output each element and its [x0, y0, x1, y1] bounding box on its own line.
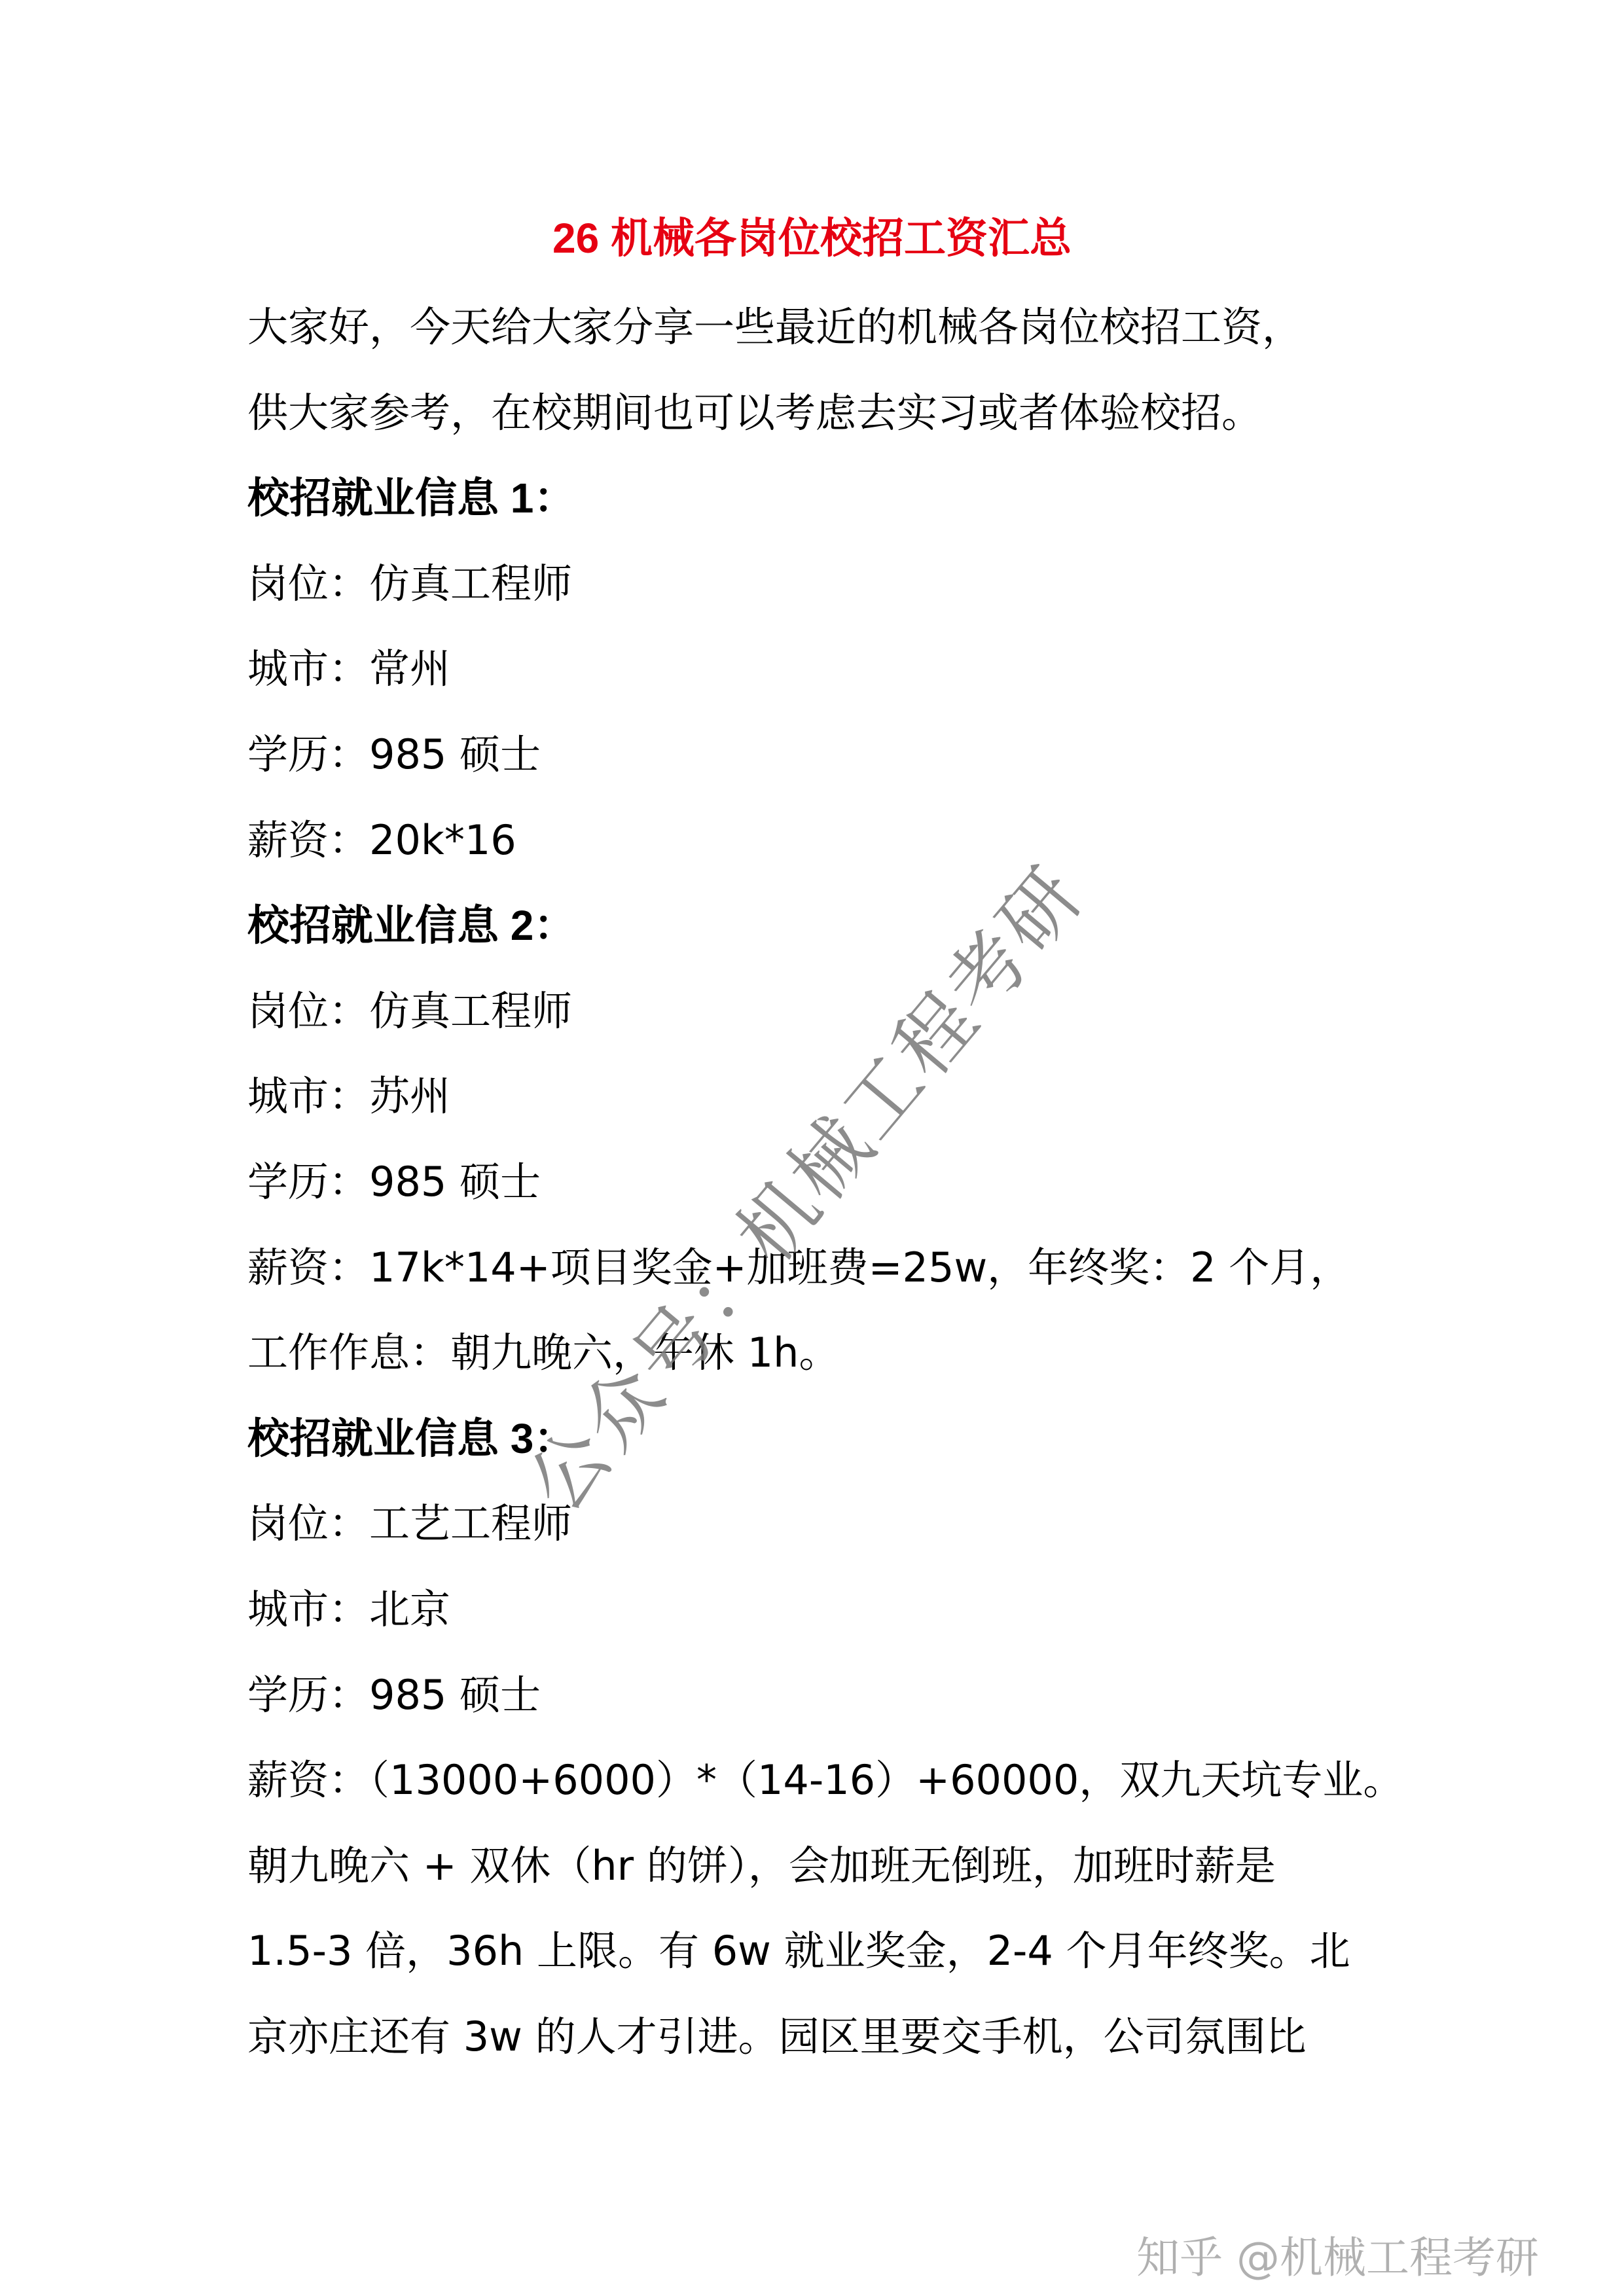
- field-position: 岗位：仿真工程师: [247, 541, 1426, 627]
- field-city: 城市：苏州: [247, 1054, 1426, 1139]
- footer-watermark: 知乎 @机械工程考研: [1136, 2223, 1539, 2285]
- field-label: 薪资：: [247, 1756, 369, 1804]
- field-education: 学历：985 硕士: [247, 1139, 1426, 1225]
- field-position: 岗位：工艺工程师: [247, 1481, 1426, 1567]
- field-education: 学历：985 硕士: [247, 712, 1426, 798]
- field-label: 薪资：: [247, 816, 369, 864]
- field-city: 城市：常州: [247, 626, 1426, 712]
- field-label: 薪资：: [247, 1244, 369, 1291]
- section-heading-2: 校招就业信息 2：: [247, 883, 1426, 969]
- field-salary: 薪资：（13000+6000）*（14-16）+60000，双九天坑专业。: [247, 1738, 1426, 1823]
- field-label: 学历：: [247, 1158, 369, 1206]
- detail-line: 朝九晚六 + 双休（hr 的饼），会加班无倒班，加班时薪是: [247, 1823, 1426, 1909]
- document-body: 大家好，今天给大家分享一些最近的机械各岗位校招工资， 供大家参考，在校期间也可以…: [247, 285, 1426, 2079]
- intro-line: 供大家参考，在校期间也可以考虑去实习或者体验校招。: [247, 370, 1426, 456]
- field-value: 17k*14+项目奖金+加班费=25w，年终奖：2 个月，: [369, 1244, 1350, 1291]
- field-education: 学历：985 硕士: [247, 1653, 1426, 1738]
- field-salary: 薪资：17k*14+项目奖金+加班费=25w，年终奖：2 个月，: [247, 1225, 1426, 1311]
- detail-line: 1.5-3 倍，36h 上限。有 6w 就业奖金，2-4 个月年终奖。北: [247, 1909, 1426, 1994]
- field-value: （13000+6000）*（14-16）+60000，双九天坑专业。: [369, 1756, 1403, 1804]
- intro-line: 大家好，今天给大家分享一些最近的机械各岗位校招工资，: [247, 285, 1426, 370]
- document-page: 26 机械各岗位校招工资汇总 大家好，今天给大家分享一些最近的机械各岗位校招工资…: [0, 0, 1624, 2296]
- field-label: 岗位：: [247, 987, 369, 1035]
- section-heading-3: 校招就业信息 3：: [247, 1396, 1426, 1482]
- field-label: 城市：: [247, 1072, 369, 1120]
- field-label: 岗位：: [247, 1499, 369, 1547]
- field-value: 仿真工程师: [369, 987, 572, 1035]
- field-value: 985 硕士: [369, 1671, 541, 1719]
- field-value: 常州: [369, 645, 450, 692]
- field-value: 985 硕士: [369, 1158, 541, 1206]
- field-label: 学历：: [247, 1671, 369, 1719]
- field-label: 学历：: [247, 730, 369, 778]
- detail-line: 工作作息：朝九晚六，午休 1h。: [247, 1310, 1426, 1396]
- field-value: 工艺工程师: [369, 1499, 572, 1547]
- field-value: 20k*16: [369, 816, 516, 864]
- field-value: 苏州: [369, 1072, 450, 1120]
- detail-line: 京亦庄还有 3w 的人才引进。园区里要交手机，公司氛围比: [247, 1994, 1426, 2080]
- field-value: 985 硕士: [369, 730, 541, 778]
- field-salary: 薪资：20k*16: [247, 798, 1426, 884]
- field-label: 城市：: [247, 645, 369, 692]
- section-heading-1: 校招就业信息 1：: [247, 456, 1426, 541]
- document-title: 26 机械各岗位校招工资汇总: [0, 211, 1624, 266]
- field-value: 仿真工程师: [369, 560, 572, 607]
- field-city: 城市：北京: [247, 1567, 1426, 1653]
- field-label: 岗位：: [247, 560, 369, 607]
- field-position: 岗位：仿真工程师: [247, 969, 1426, 1054]
- field-label: 城市：: [247, 1585, 369, 1633]
- field-value: 北京: [369, 1585, 450, 1633]
